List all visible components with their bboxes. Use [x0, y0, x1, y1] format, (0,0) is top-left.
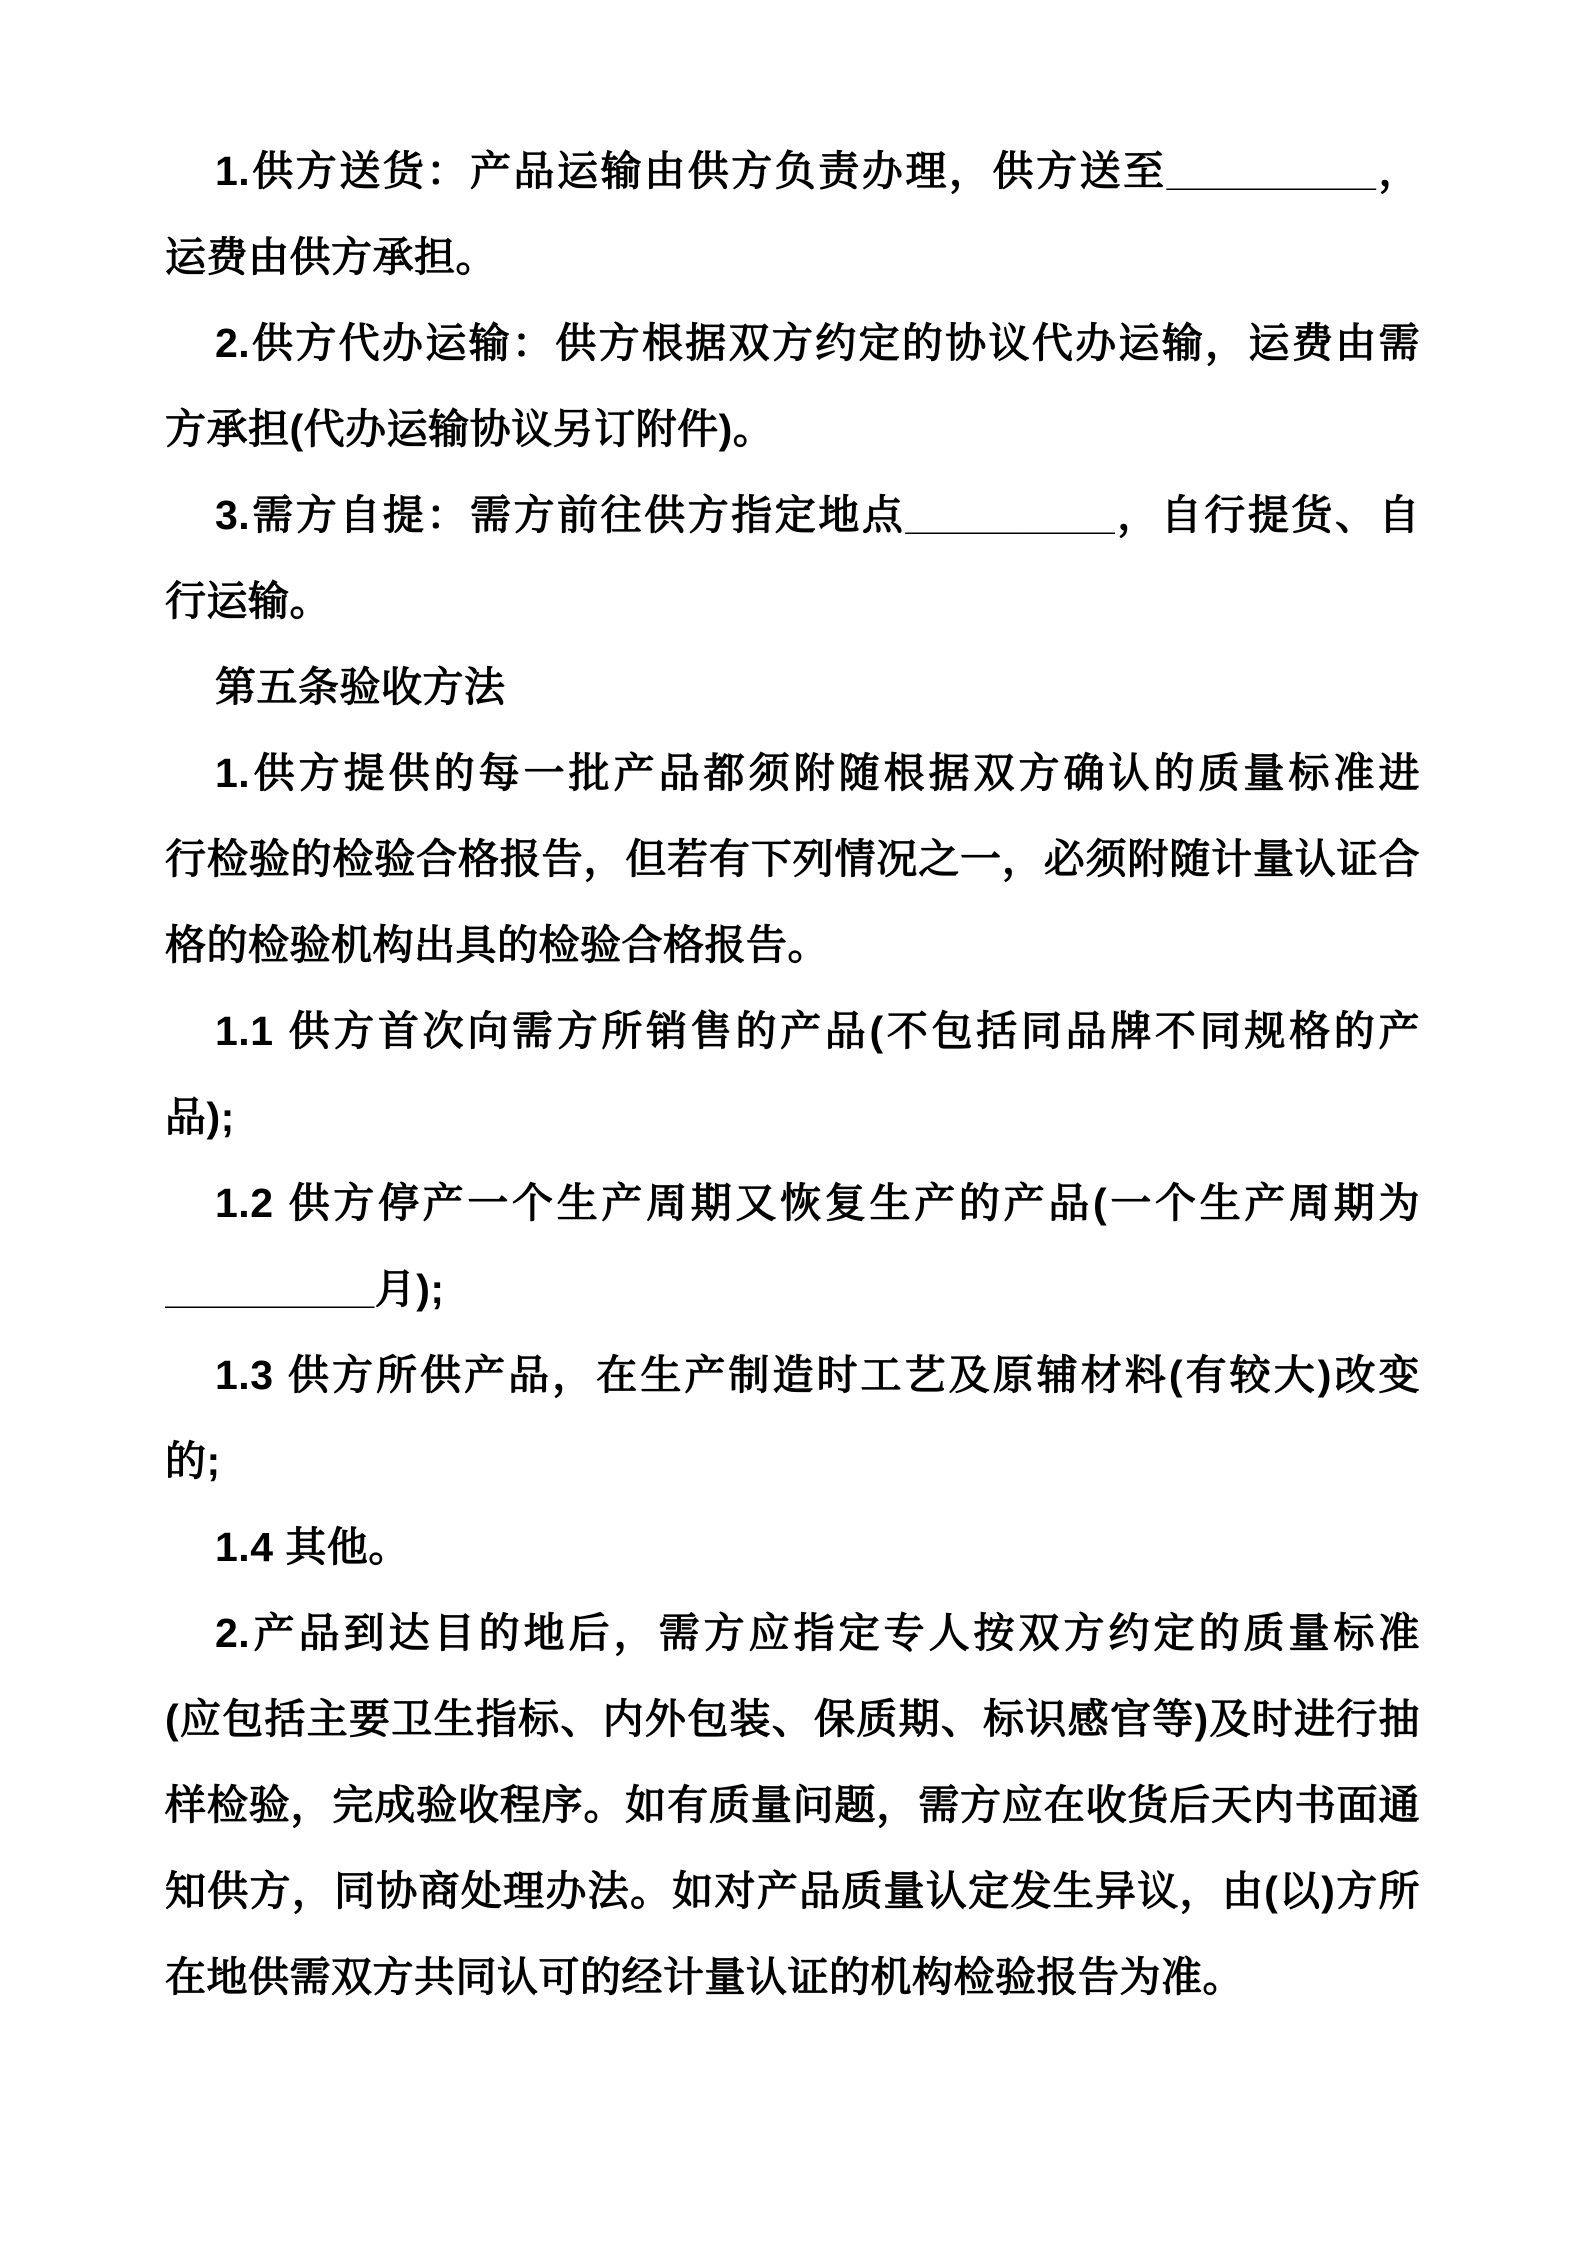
clause-other: 1.4 其他。	[165, 1504, 1420, 1590]
clause-supplier-delivery: 1.供方送货：产品运输由供方负责办理，供方送至_________，运费由供方承担…	[165, 128, 1420, 300]
text-line: 1.2 供方停产一个生产周期又恢复生产的产品(一个生产周期为	[165, 1160, 1420, 1246]
clause-agent-transport: 2.供方代办运输：供方根据双方约定的协议代办运输，运费由需方承担(代办运输协议另…	[165, 300, 1420, 472]
text-line: 行检验的检验合格报告，但若有下列情况之一，必须附随计量认证合	[165, 816, 1420, 902]
text-line: 运费由供方承担。	[165, 214, 1420, 300]
clause-arrival-inspection: 2.产品到达目的地后，需方应指定专人按双方约定的质量标准(应包括主要卫生指标、内…	[165, 1590, 1420, 2020]
text-line: 格的检验机构出具的检验合格报告。	[165, 902, 1420, 988]
contract-body: 1.供方送货：产品运输由供方负责办理，供方送至_________，运费由供方承担…	[165, 128, 1420, 2020]
text-line: 2.产品到达目的地后，需方应指定专人按双方约定的质量标准	[165, 1590, 1420, 1676]
text-line: 的;	[165, 1418, 1420, 1504]
text-line: 在地供需双方共同认可的经计量认证的机构检验报告为准。	[165, 1934, 1420, 2020]
text-line: 1.1 供方首次向需方所销售的产品(不包括同品牌不同规格的产	[165, 988, 1420, 1074]
text-line: 1.3 供方所供产品，在生产制造时工艺及原辅材料(有较大)改变	[165, 1332, 1420, 1418]
clause-self-pickup: 3.需方自提：需方前往供方指定地点_________，自行提货、自行运输。	[165, 472, 1420, 644]
text-line: 1.供方提供的每一批产品都须附随根据双方确认的质量标准进	[165, 730, 1420, 816]
text-line: (应包括主要卫生指标、内外包装、保质期、标识感官等)及时进行抽	[165, 1676, 1420, 1762]
text-line: 行运输。	[165, 558, 1420, 644]
text-line: 第五条验收方法	[165, 644, 1420, 730]
heading-article-5: 第五条验收方法	[165, 644, 1420, 730]
text-line: 2.供方代办运输：供方根据双方约定的协议代办运输，运费由需	[165, 300, 1420, 386]
text-line: 样检验，完成验收程序。如有质量问题，需方应在收货后天内书面通	[165, 1762, 1420, 1848]
clause-inspection-report: 1.供方提供的每一批产品都须附随根据双方确认的质量标准进行检验的检验合格报告，但…	[165, 730, 1420, 988]
text-line: 1.4 其他。	[165, 1504, 1420, 1590]
text-line: 1.供方送货：产品运输由供方负责办理，供方送至_________，	[165, 128, 1420, 214]
text-line: 知供方，同协商处理办法。如对产品质量认定发生异议，由(以)方所	[165, 1848, 1420, 1934]
text-line: 3.需方自提：需方前往供方指定地点_________，自行提货、自	[165, 472, 1420, 558]
clause-process-change: 1.3 供方所供产品，在生产制造时工艺及原辅材料(有较大)改变的;	[165, 1332, 1420, 1504]
text-line: _________月);	[165, 1246, 1420, 1332]
clause-production-cycle: 1.2 供方停产一个生产周期又恢复生产的产品(一个生产周期为_________月…	[165, 1160, 1420, 1332]
text-line: 方承担(代办运输协议另订附件)。	[165, 386, 1420, 472]
text-line: 品);	[165, 1074, 1420, 1160]
clause-first-sale: 1.1 供方首次向需方所销售的产品(不包括同品牌不同规格的产品);	[165, 988, 1420, 1160]
document-page: 1.供方送货：产品运输由供方负责办理，供方送至_________，运费由供方承担…	[0, 0, 1586, 2244]
